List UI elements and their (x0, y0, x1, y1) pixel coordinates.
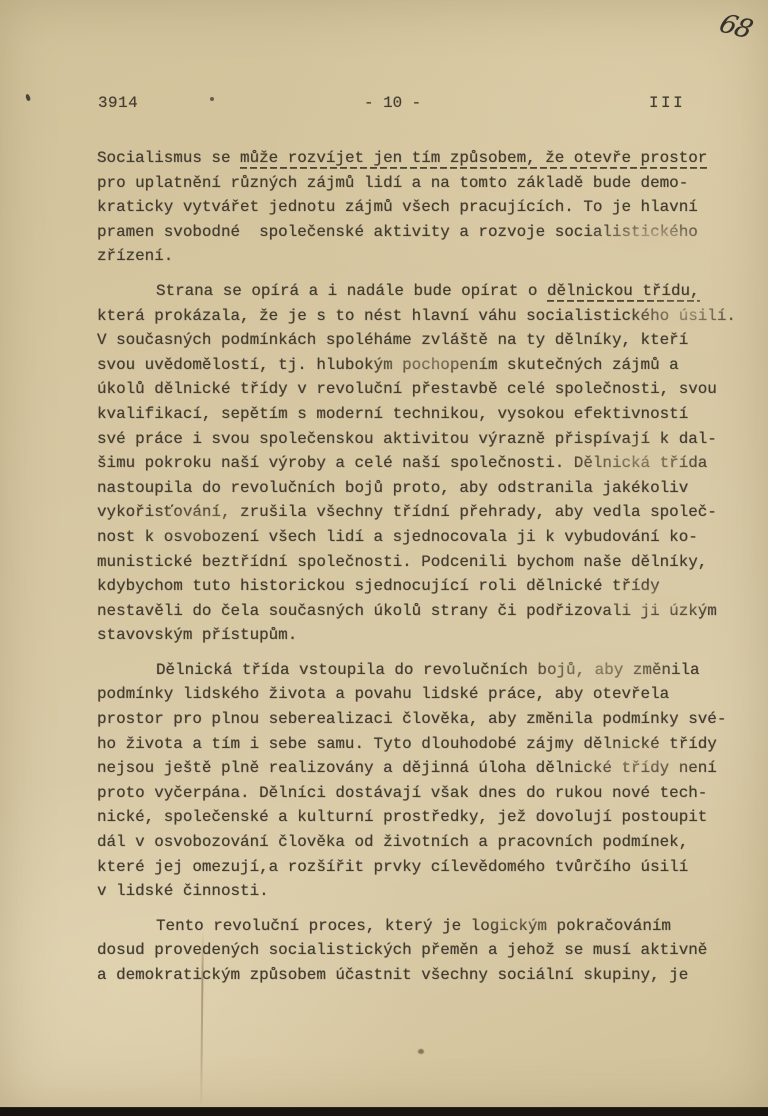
text-segment: nost k osvobození všech lidí a sjednocov… (97, 528, 698, 546)
text-segment: podmínky lidského života a povahu lidské… (97, 685, 669, 703)
page-number: - 10 - (364, 94, 421, 112)
text-line: a demokratickým způsobem účastnit všechn… (97, 963, 745, 988)
section-numeral: III (649, 94, 685, 112)
text-line: kdybychom tuto historickou sjednocující … (97, 574, 745, 599)
text-line: nastoupila do revolučních bojů proto, ab… (97, 476, 745, 501)
paper-blemish (418, 1049, 424, 1054)
text-segment: a demokratickým způsobem účastnit všechn… (97, 966, 688, 984)
text-segment: vykořisťování, zrušila všechny třídní př… (97, 503, 717, 521)
text-segment: úkolů dělnické třídy v revoluční přestav… (97, 380, 717, 398)
scanned-document-page: 68 3914 - 10 - III Socialismus se může r… (0, 0, 768, 1116)
text-segment: dosud provedených socialistických přeměn… (97, 941, 707, 959)
text-line: pro uplatnění různých zájmů lidí a na to… (97, 171, 745, 196)
text-segment: které jej omezují,a rozšířit prvky cílev… (97, 858, 688, 876)
text-line: nické, společenské a kulturní prostředky… (97, 805, 745, 830)
text-segment: pro uplatnění různých zájmů lidí a na to… (97, 174, 688, 192)
text-segment: prostor pro plnou seberealizaci člověka,… (97, 710, 726, 728)
handwritten-page-number: 68 (715, 9, 755, 45)
text-line: zřízení. (97, 244, 745, 269)
text-segment: v lidské činnosti. (97, 882, 269, 900)
text-segment: zřízení. (97, 247, 173, 265)
text-line: šimu pokroku naší výroby a celé naší spo… (97, 451, 745, 476)
text-line: ho života a tím i sebe samu. Tyto dlouho… (97, 732, 745, 757)
text-line: prostor pro plnou seberealizaci člověka,… (97, 707, 745, 732)
text-line: své práce i svou společenskou aktivitou … (97, 427, 745, 452)
text-segment: nastoupila do revolučních bojů proto, ab… (97, 479, 688, 497)
scan-bottom-edge (0, 1107, 768, 1116)
text-line: nejsou ještě plně realizovány a dějinná … (97, 756, 745, 781)
text-line: nestavěli do čela současných úkolů stran… (97, 599, 745, 624)
text-segment: kvalifikací, sepětím s moderní technikou… (97, 405, 688, 423)
text-line: pramen svobodné společenské aktivity a r… (97, 220, 745, 245)
paragraph: Tento revoluční proces, který je logický… (97, 914, 745, 988)
text-segment: stavovským přístupům. (97, 626, 297, 644)
text-segment: Tento revoluční proces, který je logický… (156, 917, 671, 935)
text-line: nost k osvobození všech lidí a sjednocov… (97, 525, 745, 550)
text-line: která prokázala, že je s to nést hlavní … (97, 304, 745, 329)
text-segment: šimu pokroku naší výroby a celé naší spo… (97, 454, 707, 472)
text-segment: svou uvědomělostí, tj. hlubokým pochopen… (97, 356, 679, 374)
page-header: 3914 - 10 - III (0, 94, 768, 116)
text-line: dosud provedených socialistických přeměn… (97, 938, 745, 963)
text-segment: dál v osvobozování člověka od životních … (97, 833, 688, 851)
text-line: vykořisťování, zrušila všechny třídní př… (97, 500, 745, 525)
text-segment: munistické beztřídní společnosti. Podcen… (97, 553, 707, 571)
paragraph: Strana se opírá a i nadále bude opírat o… (97, 279, 745, 648)
document-number: 3914 (98, 94, 138, 112)
text-segment: ho života a tím i sebe samu. Tyto dlouho… (97, 735, 717, 753)
text-line: Tento revoluční proces, který je logický… (97, 914, 745, 939)
text-line: dál v osvobozování člověka od životních … (97, 830, 745, 855)
text-line: Strana se opírá a i nadále bude opírat o… (97, 279, 745, 304)
text-segment: Strana se opírá a i nadále bude opírat o (156, 282, 547, 300)
text-segment: své práce i svou společenskou aktivitou … (97, 430, 717, 448)
text-line: munistické beztřídní společnosti. Podcen… (97, 550, 745, 575)
text-segment: Socialismus se (97, 149, 240, 167)
text-segment: proto vyčerpána. Dělníci dostávají však … (97, 784, 707, 802)
text-segment: nejsou ještě plně realizovány a dějinná … (97, 759, 717, 777)
text-segment: která prokázala, že je s to nést hlavní … (97, 307, 736, 325)
text-segment: V současných podmínkách spoléháme zvlášt… (97, 331, 688, 349)
text-line: podmínky lidského života a povahu lidské… (97, 682, 745, 707)
text-line: Socialismus se může rozvíjet jen tím způ… (97, 146, 745, 171)
text-segment: kdybychom tuto historickou sjednocující … (97, 577, 660, 595)
text-segment: kraticky vytvářet jednotu zájmů všech pr… (97, 198, 698, 216)
text-line: úkolů dělnické třídy v revoluční přestav… (97, 377, 745, 402)
text-line: proto vyčerpána. Dělníci dostávají však … (97, 781, 745, 806)
text-segment: nické, společenské a kulturní prostředky… (97, 808, 707, 826)
text-line: v lidské činnosti. (97, 879, 745, 904)
underlined-phrase: dělnickou třídu, (547, 282, 700, 303)
text-line: Dělnická třída vstoupila do revolučních … (97, 658, 745, 683)
text-line: kraticky vytvářet jednotu zájmů všech pr… (97, 195, 745, 220)
text-line: které jej omezují,a rozšířit prvky cílev… (97, 855, 745, 880)
text-line: kvalifikací, sepětím s moderní technikou… (97, 402, 745, 427)
text-line: V současných podmínkách spoléháme zvlášt… (97, 328, 745, 353)
document-text: Socialismus se může rozvíjet jen tím způ… (97, 146, 745, 988)
text-segment: Dělnická třída vstoupila do revolučních … (156, 661, 700, 679)
text-line: stavovským přístupům. (97, 623, 745, 648)
paragraph: Dělnická třída vstoupila do revolučních … (97, 658, 745, 904)
underlined-phrase: může rozvíjet jen tím způsobem, že otevř… (240, 149, 707, 170)
text-segment: nestavěli do čela současných úkolů stran… (97, 602, 717, 620)
text-line: svou uvědomělostí, tj. hlubokým pochopen… (97, 353, 745, 378)
text-segment: pramen svobodné společenské aktivity a r… (97, 223, 698, 241)
paragraph: Socialismus se může rozvíjet jen tím způ… (97, 146, 745, 269)
